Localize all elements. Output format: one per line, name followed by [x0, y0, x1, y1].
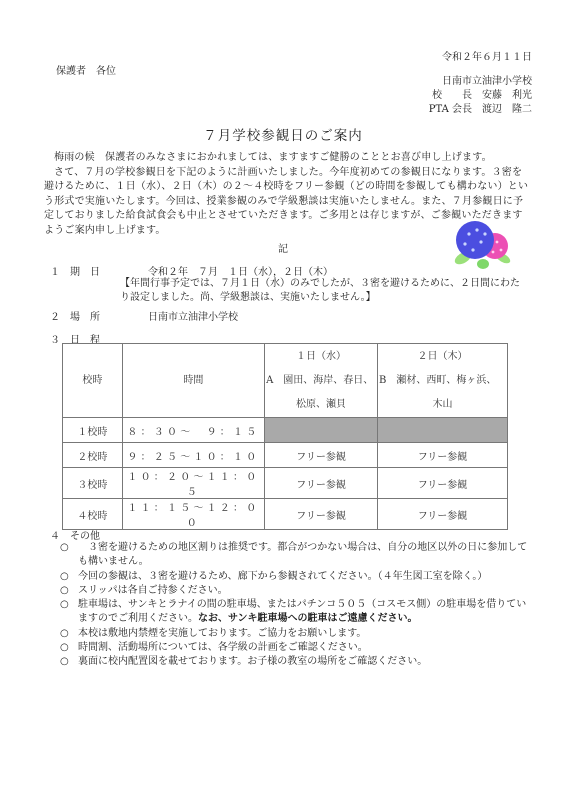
day1-cell: フリー参観: [265, 443, 378, 468]
page-title: ７月学校参観日のご案内: [0, 124, 566, 144]
sender-school: 日南市立油津小学校: [429, 75, 532, 89]
time-cell: １０：２０～１１：０５: [122, 468, 264, 499]
circle-bullet-icon: ○: [60, 641, 69, 655]
header-time: 時間: [122, 344, 264, 418]
circle-bullet-icon: ○: [60, 541, 69, 555]
table-row: ４校時 １１：１５～１２：００ フリー参観 フリー参観: [63, 499, 508, 530]
day1-cell: フリー参観: [265, 499, 378, 530]
time-cell: １１：１５～１２：００: [122, 499, 264, 530]
header-period: 校時: [63, 344, 123, 418]
day2-cell: フリー参観: [378, 468, 508, 499]
period-cell: ３校時: [63, 468, 123, 499]
sender-pta: PTA 会長 渡辺 隆二: [429, 103, 532, 117]
header-day1: １日（水） A 園田、海岸、春日、 松原、瀬貝: [265, 344, 378, 418]
circle-bullet-icon: ○: [60, 627, 69, 641]
period-cell: ２校時: [63, 443, 123, 468]
section-place-label: ２ 場 所: [50, 308, 100, 323]
header-day2-date: ２日（木）: [378, 345, 507, 369]
table-row: ２校時 ９：２５～１０：１０ フリー参観 フリー参観: [63, 443, 508, 468]
circle-bullet-icon: ○: [60, 570, 69, 584]
header-day2-group-cont: 木山: [378, 393, 507, 417]
sender-block: 日南市立油津小学校 校 長 安藤 利光 PTA 会長 渡辺 隆二: [429, 75, 532, 117]
other-notes-list: ○ ３密を避けるための地区割りは推奨です。都合がつかない場合は、自分の地区以外の…: [60, 541, 530, 670]
addressee: 保護者 各位: [56, 62, 116, 77]
section-date-note: 【年間行事予定では、７月１日（水）のみでしたが、３密を避けるために、２日間にわた…: [120, 277, 520, 305]
header-day1-date: １日（水）: [265, 345, 377, 369]
circle-bullet-icon: ○: [60, 584, 69, 598]
day1-cell: フリー参観: [265, 468, 378, 499]
sender-principal: 校 長 安藤 利光: [429, 89, 532, 103]
table-header-row: 校時 時間 １日（水） A 園田、海岸、春日、 松原、瀬貝 ２日（木） B 瀬材…: [63, 344, 508, 418]
day1-cell: [265, 418, 378, 443]
time-cell: ９：２５～１０：１０: [122, 443, 264, 468]
list-item: ○ 本校は敷地内禁煙を実施しております。ご協力をお願いします。: [60, 627, 530, 641]
section-other-label: ４ その他: [50, 527, 100, 542]
list-item: ○ 時間割、活動場所については、各学級の計画をご確認ください。: [60, 641, 530, 655]
table-row: ３校時 １０：２０～１１：０５ フリー参観 フリー参観: [63, 468, 508, 499]
list-item: ○ 裏面に校内配置図を載せております。お子様の教室の場所をご確認ください。: [60, 655, 530, 669]
period-cell: ４校時: [63, 499, 123, 530]
period-cell: １校時: [63, 418, 123, 443]
schedule-table: 校時 時間 １日（水） A 園田、海岸、春日、 松原、瀬貝 ２日（木） B 瀬材…: [62, 343, 508, 530]
list-item: ○ ３密を避けるための地区割りは推奨です。都合がつかない場合は、自分の地区以外の…: [60, 541, 530, 570]
header-day1-group: A 園田、海岸、春日、: [265, 369, 377, 393]
list-item: ○ スリッパは各自ご持参ください。: [60, 584, 530, 598]
intro-greeting: 梅雨の候 保護者のみなさまにおかれましては、ますますご健勝のこととお喜び申し上げ…: [44, 151, 530, 166]
list-item: ○ 今回の参観は、３密を避けるため、廊下から参観されてください。（４年生図工室を…: [60, 570, 530, 584]
header-day2-group: B 瀬材、西町、梅ヶ浜、: [378, 369, 507, 393]
section-date-label: １ 期 日: [50, 263, 100, 278]
circle-bullet-icon: ○: [60, 598, 69, 612]
hydrangea-icon: [445, 218, 515, 270]
parking-warning: なお、サンキ駐車場への駐車はご遠慮ください。: [198, 613, 418, 624]
document-date: 令和２年６月１１日: [442, 48, 532, 63]
table-row: １校時 ８：３０～ ９：１５: [63, 418, 508, 443]
circle-bullet-icon: ○: [60, 655, 69, 669]
list-item: ○ 駐車場は、サンキとラナイの間の駐車場、またはパチンコ５０５（コスモス側）の駐…: [60, 598, 530, 627]
section-date-value: 令和２年 ７月 １日（水），２日（木）: [148, 263, 333, 278]
section-place-value: 日南市立油津小学校: [148, 308, 238, 323]
header-day1-group-cont: 松原、瀬貝: [265, 393, 377, 417]
day2-cell: フリー参観: [378, 443, 508, 468]
time-cell: ８：３０～ ９：１５: [122, 418, 264, 443]
day2-cell: [378, 418, 508, 443]
day2-cell: フリー参観: [378, 499, 508, 530]
header-day2: ２日（木） B 瀬材、西町、梅ヶ浜、 木山: [378, 344, 508, 418]
